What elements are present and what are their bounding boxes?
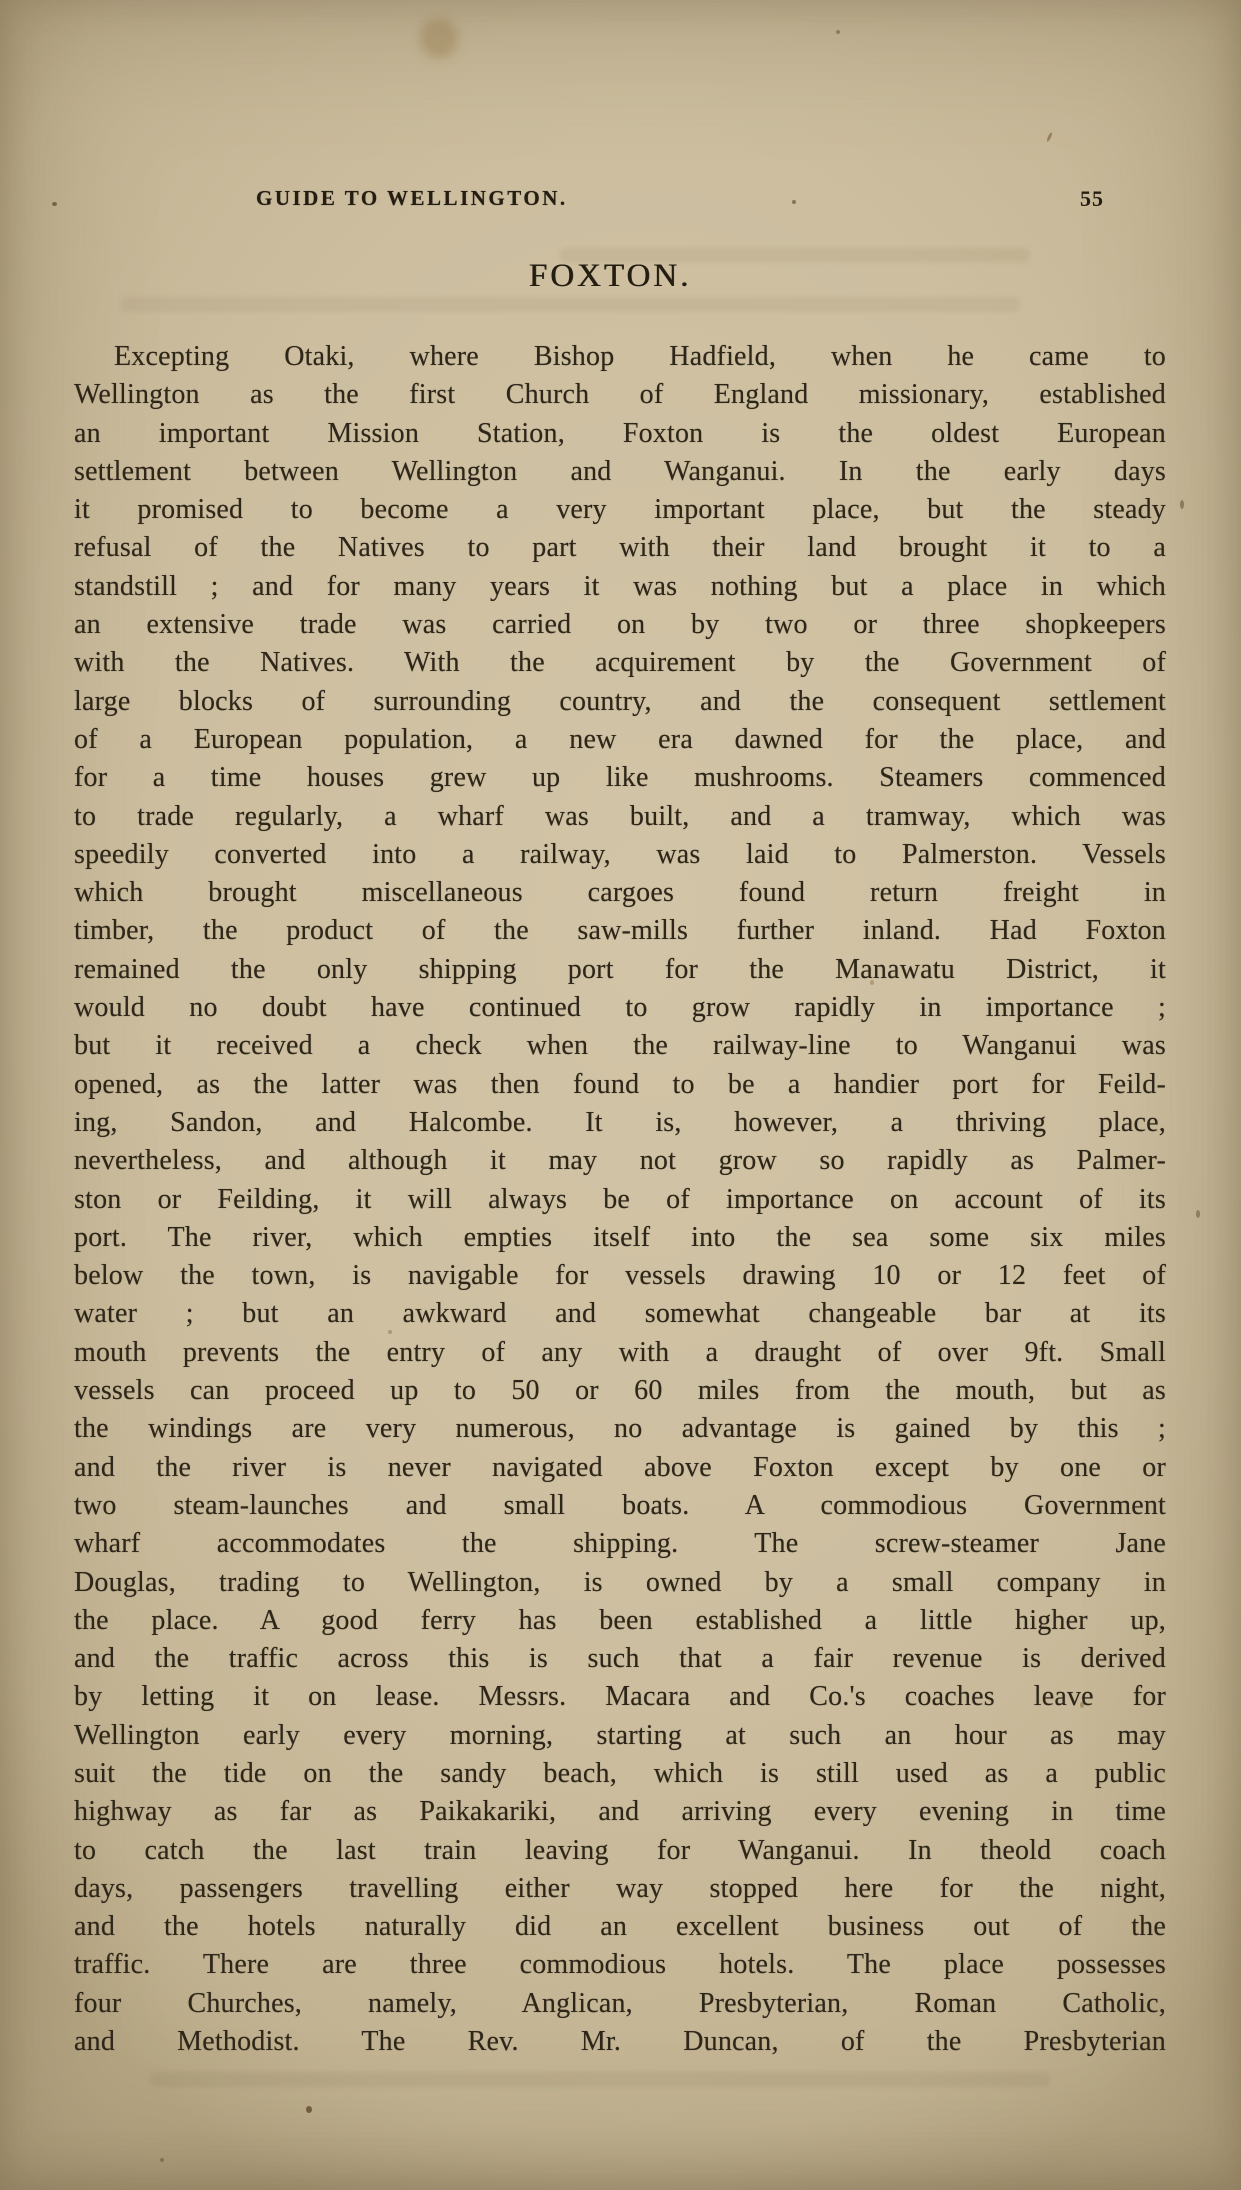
text-line: to catch the last train leaving for Wang…: [74, 1832, 1166, 1870]
text-line: with the Natives. With the acquirement b…: [74, 644, 1166, 682]
page-number: 55: [1080, 186, 1104, 212]
text-line: ing, Sandon, and Halcombe. It is, howeve…: [74, 1104, 1166, 1142]
paper-speck: [1196, 1210, 1200, 1218]
text-line: of a European population, a new era dawn…: [74, 721, 1166, 759]
text-line: large blocks of surrounding country, and…: [74, 683, 1166, 721]
text-line: port. The river, which empties itself in…: [74, 1219, 1166, 1257]
text-line: and Methodist. The Rev. Mr. Duncan, of t…: [74, 2023, 1166, 2061]
text-line: timber, the product of the saw-mills fur…: [74, 912, 1166, 950]
text-line: vessels can proceed up to 50 or 60 miles…: [74, 1372, 1166, 1410]
text-line: for a time houses grew up like mushrooms…: [74, 759, 1166, 797]
text-line: Excepting Otaki, where Bishop Hadfield, …: [74, 338, 1166, 376]
text-line: Wellington early every morning, starting…: [74, 1717, 1166, 1755]
text-line: an important Mission Station, Foxton is …: [74, 415, 1166, 453]
text-line: and the river is never navigated above F…: [74, 1449, 1166, 1487]
paper-speck: [420, 18, 458, 58]
section-heading: FOXTON.: [10, 258, 1210, 295]
text-line: days, passengers travelling either way s…: [74, 1870, 1166, 1908]
text-line: Wellington as the first Church of Englan…: [74, 376, 1166, 414]
text-line: refusal of the Natives to part with thei…: [74, 529, 1166, 567]
text-line: speedily converted into a railway, was l…: [74, 836, 1166, 874]
text-line: water ; but an awkward and somewhat chan…: [74, 1295, 1166, 1333]
book-page: GUIDE TO WELLINGTON. 55 FOXTON. Exceptin…: [0, 0, 1241, 2190]
text-line: to trade regularly, a wharf was built, a…: [74, 798, 1166, 836]
text-line: wharf accommodates the shipping. The scr…: [74, 1525, 1166, 1563]
text-line: Douglas, trading to Wellington, is owned…: [74, 1564, 1166, 1602]
page-showthrough: [150, 2072, 1050, 2087]
text-line: the place. A good ferry has been establi…: [74, 1602, 1166, 1640]
paper-speck: [160, 2158, 164, 2162]
text-line: which brought miscellaneous cargoes foun…: [74, 874, 1166, 912]
running-header: GUIDE TO WELLINGTON. 55: [0, 186, 1241, 216]
page-showthrough: [120, 297, 1020, 312]
text-line: mouth prevents the entry of any with a d…: [74, 1334, 1166, 1372]
text-line: it promised to become a very important p…: [74, 491, 1166, 529]
text-line: remained the only shipping port for the …: [74, 951, 1166, 989]
text-line: four Churches, namely, Anglican, Presbyt…: [74, 1985, 1166, 2023]
header-title: GUIDE TO WELLINGTON.: [256, 186, 568, 211]
text-line: but it received a check when the railway…: [74, 1027, 1166, 1065]
text-line: nevertheless, and although it may not gr…: [74, 1142, 1166, 1180]
paper-speck: [1180, 500, 1184, 509]
text-line: highway as far as Paikakariki, and arriv…: [74, 1793, 1166, 1831]
text-line: standstill ; and for many years it was n…: [74, 568, 1166, 606]
text-line: and the hotels naturally did an excellen…: [74, 1908, 1166, 1946]
paper-speck: [306, 2106, 312, 2113]
text-line: settlement between Wellington and Wangan…: [74, 453, 1166, 491]
text-line: and the traffic across this is such that…: [74, 1640, 1166, 1678]
text-line: would no doubt have continued to grow ra…: [74, 989, 1166, 1027]
text-line: the windings are very numerous, no advan…: [74, 1410, 1166, 1448]
text-line: suit the tide on the sandy beach, which …: [74, 1755, 1166, 1793]
text-line: opened, as the latter was then found to …: [74, 1066, 1166, 1104]
text-line: two steam-launches and small boats. A co…: [74, 1487, 1166, 1525]
text-line: by letting it on lease. Messrs. Macara a…: [74, 1678, 1166, 1716]
paper-speck: [836, 30, 840, 34]
text-line: traffic. There are three commodious hote…: [74, 1946, 1166, 1984]
text-line: an extensive trade was carried on by two…: [74, 606, 1166, 644]
paper-speck: [1046, 132, 1053, 142]
body-text: Excepting Otaki, where Bishop Hadfield, …: [74, 338, 1166, 2061]
text-line: ston or Feilding, it will always be of i…: [74, 1181, 1166, 1219]
text-line: below the town, is navigable for vessels…: [74, 1257, 1166, 1295]
